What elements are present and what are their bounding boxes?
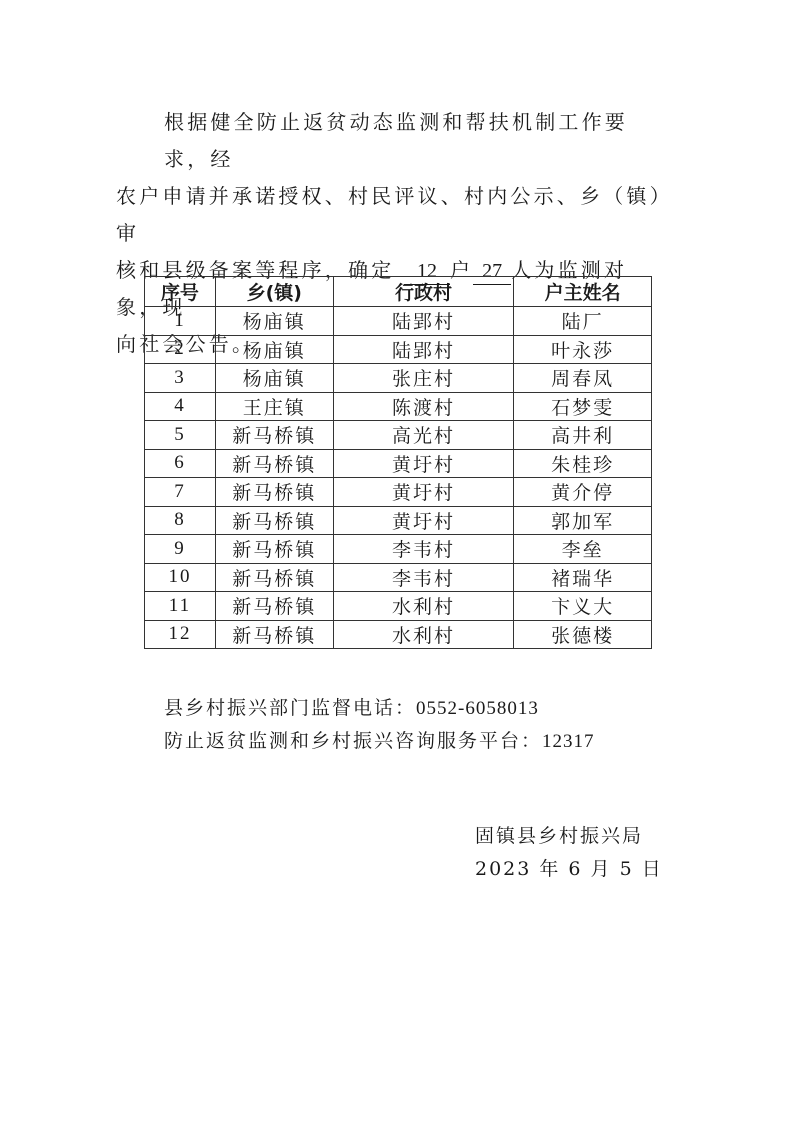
cell-town: 杨庙镇 [215, 364, 333, 393]
cell-household-head: 周春凤 [514, 364, 652, 393]
cell-no: 3 [145, 364, 216, 393]
header-town: 乡(镇) [215, 277, 333, 307]
cell-no: 9 [145, 535, 216, 564]
table-row: 2杨庙镇陆郢村叶永莎 [145, 335, 652, 364]
cell-village: 陆郢村 [333, 307, 514, 336]
cell-no: 12 [145, 620, 216, 649]
issuing-organization: 固镇县乡村振兴局 [475, 820, 663, 853]
intro-line-1: 根据健全防止返贫动态监测和帮扶机制工作要求，经 [116, 104, 666, 178]
cell-no: 1 [145, 307, 216, 336]
table-row: 7新马桥镇黄圩村黄介停 [145, 478, 652, 507]
cell-household-head: 黄介停 [514, 478, 652, 507]
cell-household-head: 陆厂 [514, 307, 652, 336]
cell-village: 黄圩村 [333, 478, 514, 507]
cell-household-head: 李垒 [514, 535, 652, 564]
table-row: 6新马桥镇黄圩村朱桂珍 [145, 449, 652, 478]
supervision-phone-label: 县乡村振兴部门监督电话： [164, 697, 416, 719]
cell-household-head: 褚瑞华 [514, 563, 652, 592]
cell-no: 10 [145, 563, 216, 592]
cell-household-head: 高井利 [514, 421, 652, 450]
cell-household-head: 石梦雯 [514, 392, 652, 421]
cell-town: 新马桥镇 [215, 592, 333, 621]
contact-info: 县乡村振兴部门监督电话：0552-6058013 防止返贫监测和乡村振兴咨询服务… [164, 692, 595, 758]
cell-village: 黄圩村 [333, 449, 514, 478]
cell-household-head: 卞义大 [514, 592, 652, 621]
cell-town: 新马桥镇 [215, 478, 333, 507]
cell-no: 5 [145, 421, 216, 450]
service-platform-label: 防止返贫监测和乡村振兴咨询服务平台： [164, 730, 542, 752]
signature-block: 固镇县乡村振兴局 2023 年 6 月 5 日 [475, 820, 663, 886]
cell-town: 新马桥镇 [215, 620, 333, 649]
table-row: 8新马桥镇黄圩村郭加军 [145, 506, 652, 535]
cell-village: 李韦村 [333, 563, 514, 592]
cell-no: 7 [145, 478, 216, 507]
cell-household-head: 郭加军 [514, 506, 652, 535]
service-platform-number: 12317 [542, 731, 595, 752]
header-household-head: 户主姓名 [514, 277, 652, 307]
cell-village: 水利村 [333, 620, 514, 649]
supervision-phone: 0552-6058013 [416, 698, 539, 719]
cell-town: 杨庙镇 [215, 307, 333, 336]
cell-town: 新马桥镇 [215, 563, 333, 592]
cell-no: 8 [145, 506, 216, 535]
cell-village: 水利村 [333, 592, 514, 621]
issue-date: 2023 年 6 月 5 日 [475, 853, 663, 886]
table-header-row: 序号 乡(镇) 行政村 户主姓名 [145, 277, 652, 307]
cell-village: 高光村 [333, 421, 514, 450]
table-row: 3杨庙镇张庄村周春凤 [145, 364, 652, 393]
supervision-phone-line: 县乡村振兴部门监督电话：0552-6058013 [164, 692, 595, 725]
monitoring-roster-table: 序号 乡(镇) 行政村 户主姓名 1杨庙镇陆郢村陆厂2杨庙镇陆郢村叶永莎3杨庙镇… [144, 276, 652, 649]
cell-household-head: 朱桂珍 [514, 449, 652, 478]
service-platform-line: 防止返贫监测和乡村振兴咨询服务平台：12317 [164, 725, 595, 758]
cell-village: 黄圩村 [333, 506, 514, 535]
cell-household-head: 叶永莎 [514, 335, 652, 364]
table-row: 4王庄镇陈渡村石梦雯 [145, 392, 652, 421]
cell-village: 李韦村 [333, 535, 514, 564]
table-row: 12新马桥镇水利村张德楼 [145, 620, 652, 649]
intro-line-2: 农户申请并承诺授权、村民评议、村内公示、乡（镇）审 [116, 178, 666, 252]
cell-no: 2 [145, 335, 216, 364]
cell-no: 4 [145, 392, 216, 421]
cell-village: 陈渡村 [333, 392, 514, 421]
cell-town: 新马桥镇 [215, 449, 333, 478]
cell-village: 陆郢村 [333, 335, 514, 364]
cell-town: 新马桥镇 [215, 506, 333, 535]
cell-household-head: 张德楼 [514, 620, 652, 649]
cell-town: 杨庙镇 [215, 335, 333, 364]
cell-no: 11 [145, 592, 216, 621]
table-row: 11新马桥镇水利村卞义大 [145, 592, 652, 621]
table-row: 10新马桥镇李韦村褚瑞华 [145, 563, 652, 592]
cell-no: 6 [145, 449, 216, 478]
table-row: 1杨庙镇陆郢村陆厂 [145, 307, 652, 336]
header-no: 序号 [145, 277, 216, 307]
table-row: 5新马桥镇高光村高井利 [145, 421, 652, 450]
cell-village: 张庄村 [333, 364, 514, 393]
header-village: 行政村 [333, 277, 514, 307]
cell-town: 王庄镇 [215, 392, 333, 421]
cell-town: 新马桥镇 [215, 535, 333, 564]
cell-town: 新马桥镇 [215, 421, 333, 450]
table-row: 9新马桥镇李韦村李垒 [145, 535, 652, 564]
